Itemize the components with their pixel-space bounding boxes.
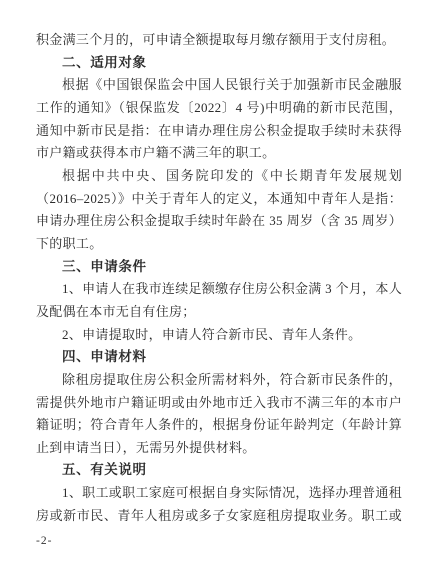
body-text-line: 及配偶在本市无自有住房； — [36, 301, 402, 324]
section-heading: 二、适用对象 — [36, 52, 402, 75]
section-heading: 三、申请条件 — [36, 256, 402, 279]
body-text-line: 通知中新市民是指：在申请办理住房公积金提取手续时未获得本 — [36, 120, 402, 143]
body-text-line: 下的职工。 — [36, 233, 402, 256]
body-text-line: 籍证明；符合青年人条件的，根据身份证年龄判定（年龄计算截 — [36, 414, 402, 437]
body-text-line: 1、职工或职工家庭可根据自身实际情况，选择办理普通租 — [36, 482, 402, 505]
body-text-line: 2、申请提取时，申请人符合新市民、青年人条件。 — [36, 324, 402, 347]
document-page: 积金满三个月的，可申请全额提取每月缴存额用于支付房租。 二、适用对象 根据《中国… — [0, 0, 435, 567]
body-text-line: 申请办理住房公积金提取手续时年龄在 35 周岁（含 35 周岁）以 — [36, 210, 402, 233]
body-text-line: 房或新市民、青年人租房或多子女家庭租房提取业务。职工或职 — [36, 505, 402, 528]
body-text-line: （2016–2025）》中关于青年人的定义，本通知中青年人是指：在 — [36, 188, 402, 211]
section-heading: 五、有关说明 — [36, 459, 402, 482]
body-text-line: 需提供外地市户籍证明或由外地市迁入我市不满三年的本市户 — [36, 392, 402, 415]
body-text-line: 1、申请人在我市连续足额缴存住房公积金满 3 个月，本人 — [36, 278, 402, 301]
body-text-line: 市户籍或获得本市户籍不满三年的职工。 — [36, 142, 402, 165]
body-text-line: 除租房提取住房公积金所需材料外，符合新市民条件的，另 — [36, 369, 402, 392]
section-heading: 四、申请材料 — [36, 346, 402, 369]
body-text-line: 根据中共中央、国务院印发的《中长期青年发展规划 — [36, 165, 402, 188]
body-text-line: 根据《中国银保监会中国人民银行关于加强新市民金融服务 — [36, 74, 402, 97]
body-text-line: 工作的通知》（银保监发〔2022〕4 号)中明确的新市民范围，本 — [36, 97, 402, 120]
page-number: -2- — [36, 535, 402, 547]
body-text-line: 积金满三个月的，可申请全额提取每月缴存额用于支付房租。 — [36, 29, 402, 52]
body-text-line: 止到申请当日），无需另外提供材料。 — [36, 437, 402, 460]
